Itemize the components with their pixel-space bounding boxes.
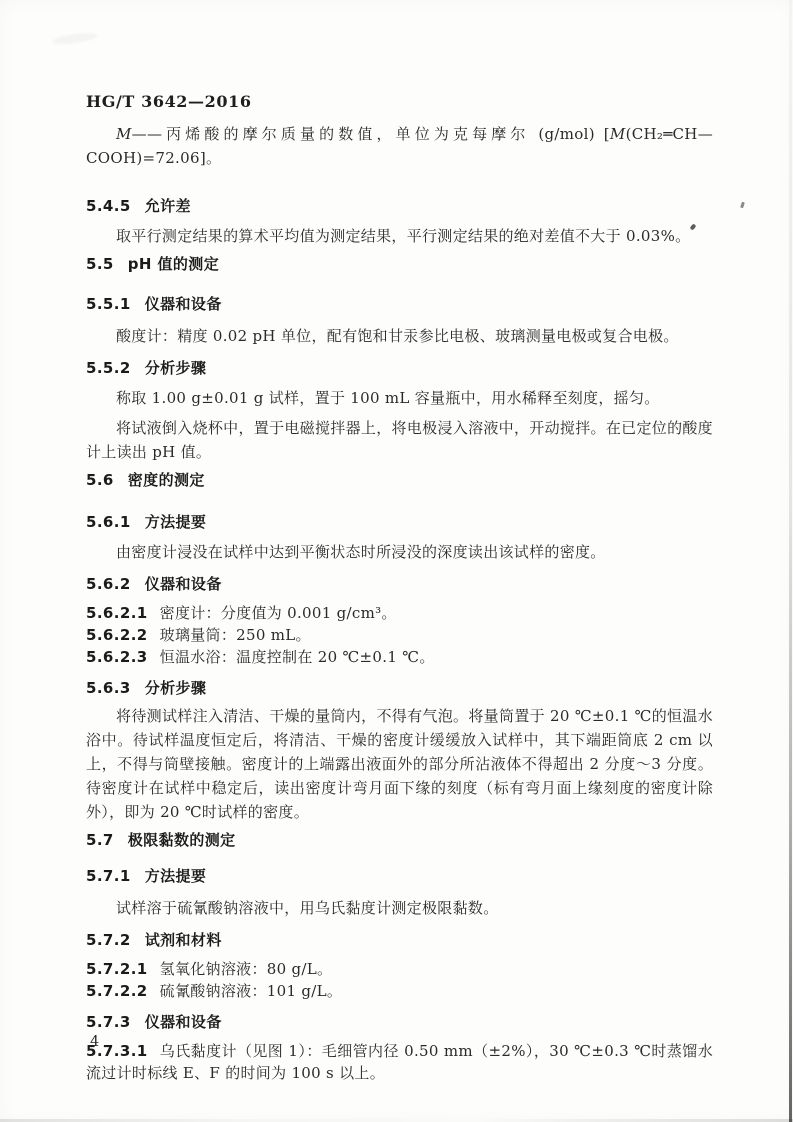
paragraph-tolerance: 取平行测定结果的算术平均值为测定结果，平行测定结果的绝对差值不大于 0.03%。 — [86, 224, 713, 248]
heading-title: 分析步骤 — [145, 359, 207, 377]
heading-title: 仪器和设备 — [145, 1013, 222, 1031]
heading-5-6: 5.6密度的测定 — [86, 468, 713, 492]
heading-title: 极限黏数的测定 — [128, 831, 236, 849]
heading-5-4-5: 5.4.5允许差 — [86, 194, 713, 218]
heading-title: 仪器和设备 — [145, 295, 222, 313]
paragraph-density-procedure: 将待测试样注入清洁、干燥的量筒内，不得有气泡。将量筒置于 20 ℃±0.1 ℃的… — [86, 704, 713, 824]
clause-text: 恒温水浴：温度控制在 20 ℃±0.1 ℃。 — [160, 648, 435, 666]
paragraph-viscosity-principle: 试样溶于硫氰酸钠溶液中，用乌氏黏度计测定极限黏数。 — [86, 896, 713, 920]
heading-5-5-1: 5.5.1仪器和设备 — [86, 292, 713, 316]
heading-5-6-3: 5.6.3分析步骤 — [86, 676, 713, 700]
scan-edge-shadow-right — [789, 0, 792, 1122]
heading-number: 5.7 — [86, 831, 114, 849]
clause-5-6-2-2: 5.6.2.2玻璃量筒：250 mL。 — [86, 624, 713, 646]
paragraph-density-principle: 由密度计浸没在试样中达到平衡状态时所浸没的深度读出该试样的密度。 — [86, 540, 713, 564]
page-content: HG/T 3642—2016 M——丙烯酸的摩尔质量的数值，单位为克每摩尔 (g… — [86, 90, 713, 1084]
clause-text: 玻璃量筒：250 mL。 — [160, 626, 311, 644]
molar-mass-definition: M——丙烯酸的摩尔质量的数值，单位为克每摩尔 (g/mol) [M(CH₂═CH… — [86, 122, 713, 170]
scan-smudge — [52, 31, 99, 46]
heading-title: 密度的测定 — [128, 471, 205, 489]
heading-number: 5.6.2 — [86, 575, 131, 593]
paragraph-weigh-sample: 称取 1.00 g±0.01 g 试样，置于 100 mL 容量瓶中，用水稀释至… — [86, 386, 713, 410]
molar-mass-text: ——丙烯酸的摩尔质量的数值，单位为克每摩尔 (g/mol) [ — [132, 125, 610, 143]
heading-number: 5.6.1 — [86, 513, 131, 531]
heading-number: 5.7.3 — [86, 1013, 131, 1031]
clause-5-7-2-1: 5.7.2.1氢氧化钠溶液：80 g/L。 — [86, 958, 713, 980]
heading-number: 5.4.5 — [86, 197, 131, 215]
heading-title: 方法提要 — [145, 867, 207, 885]
heading-number: 5.7.1 — [86, 867, 131, 885]
heading-title: pH 值的测定 — [128, 255, 219, 273]
clause-number: 5.6.2.2 — [86, 626, 148, 644]
clause-text: 乌氏黏度计（见图 1）：毛细管内径 0.50 mm（±2%），30 ℃±0.3 … — [86, 1042, 713, 1082]
standard-number-header: HG/T 3642—2016 — [86, 90, 713, 114]
clause-number: 5.6.2.1 — [86, 604, 148, 622]
heading-number: 5.7.2 — [86, 931, 131, 949]
clause-number: 5.7.2.1 — [86, 960, 148, 978]
heading-number: 5.5.2 — [86, 359, 131, 377]
scan-speck — [740, 202, 745, 209]
clause-5-7-3-1: 5.7.3.1乌氏黏度计（见图 1）：毛细管内径 0.50 mm（±2%），30… — [86, 1040, 713, 1084]
page-number: 4 — [90, 1034, 99, 1050]
heading-title: 仪器和设备 — [145, 575, 222, 593]
clause-5-7-2-2: 5.7.2.2硫氰酸钠溶液：101 g/L。 — [86, 980, 713, 1002]
clause-text: 密度计：分度值为 0.001 g/cm³。 — [160, 604, 397, 622]
clause-number: 5.6.2.3 — [86, 648, 148, 666]
paragraph-read-ph: 将试液倒入烧杯中，置于电磁搅拌器上，将电极浸入溶液中，开动搅拌。在已定位的酸度计… — [86, 416, 713, 464]
heading-number: 5.6.3 — [86, 679, 131, 697]
heading-number: 5.5 — [86, 255, 114, 273]
symbol-M-formula: M — [610, 125, 626, 143]
heading-5-7-1: 5.7.1方法提要 — [86, 864, 713, 888]
heading-5-5-2: 5.5.2分析步骤 — [86, 356, 713, 380]
heading-title: 方法提要 — [145, 513, 207, 531]
heading-title: 试剂和材料 — [145, 931, 222, 949]
paragraph-ph-meter: 酸度计：精度 0.02 pH 单位，配有饱和甘汞参比电极、玻璃测量电极或复合电极… — [86, 324, 713, 348]
heading-title: 允许差 — [145, 197, 191, 215]
heading-5-6-1: 5.6.1方法提要 — [86, 510, 713, 534]
heading-5-5: 5.5pH 值的测定 — [86, 252, 713, 276]
clause-5-6-2-1: 5.6.2.1密度计：分度值为 0.001 g/cm³。 — [86, 602, 713, 624]
clause-text: 硫氰酸钠溶液：101 g/L。 — [160, 982, 343, 1000]
heading-5-7-3: 5.7.3仪器和设备 — [86, 1010, 713, 1034]
symbol-M: M — [116, 125, 132, 143]
heading-number: 5.5.1 — [86, 295, 131, 313]
scanned-document-page: HG/T 3642—2016 M——丙烯酸的摩尔质量的数值，单位为克每摩尔 (g… — [0, 0, 793, 1122]
heading-5-6-2: 5.6.2仪器和设备 — [86, 572, 713, 596]
heading-title: 分析步骤 — [145, 679, 207, 697]
heading-5-7: 5.7极限黏数的测定 — [86, 828, 713, 852]
heading-5-7-2: 5.7.2试剂和材料 — [86, 928, 713, 952]
clause-5-6-2-3: 5.6.2.3恒温水浴：温度控制在 20 ℃±0.1 ℃。 — [86, 646, 713, 668]
clause-number: 5.7.2.2 — [86, 982, 148, 1000]
clause-text: 氢氧化钠溶液：80 g/L。 — [160, 960, 333, 978]
heading-number: 5.6 — [86, 471, 114, 489]
